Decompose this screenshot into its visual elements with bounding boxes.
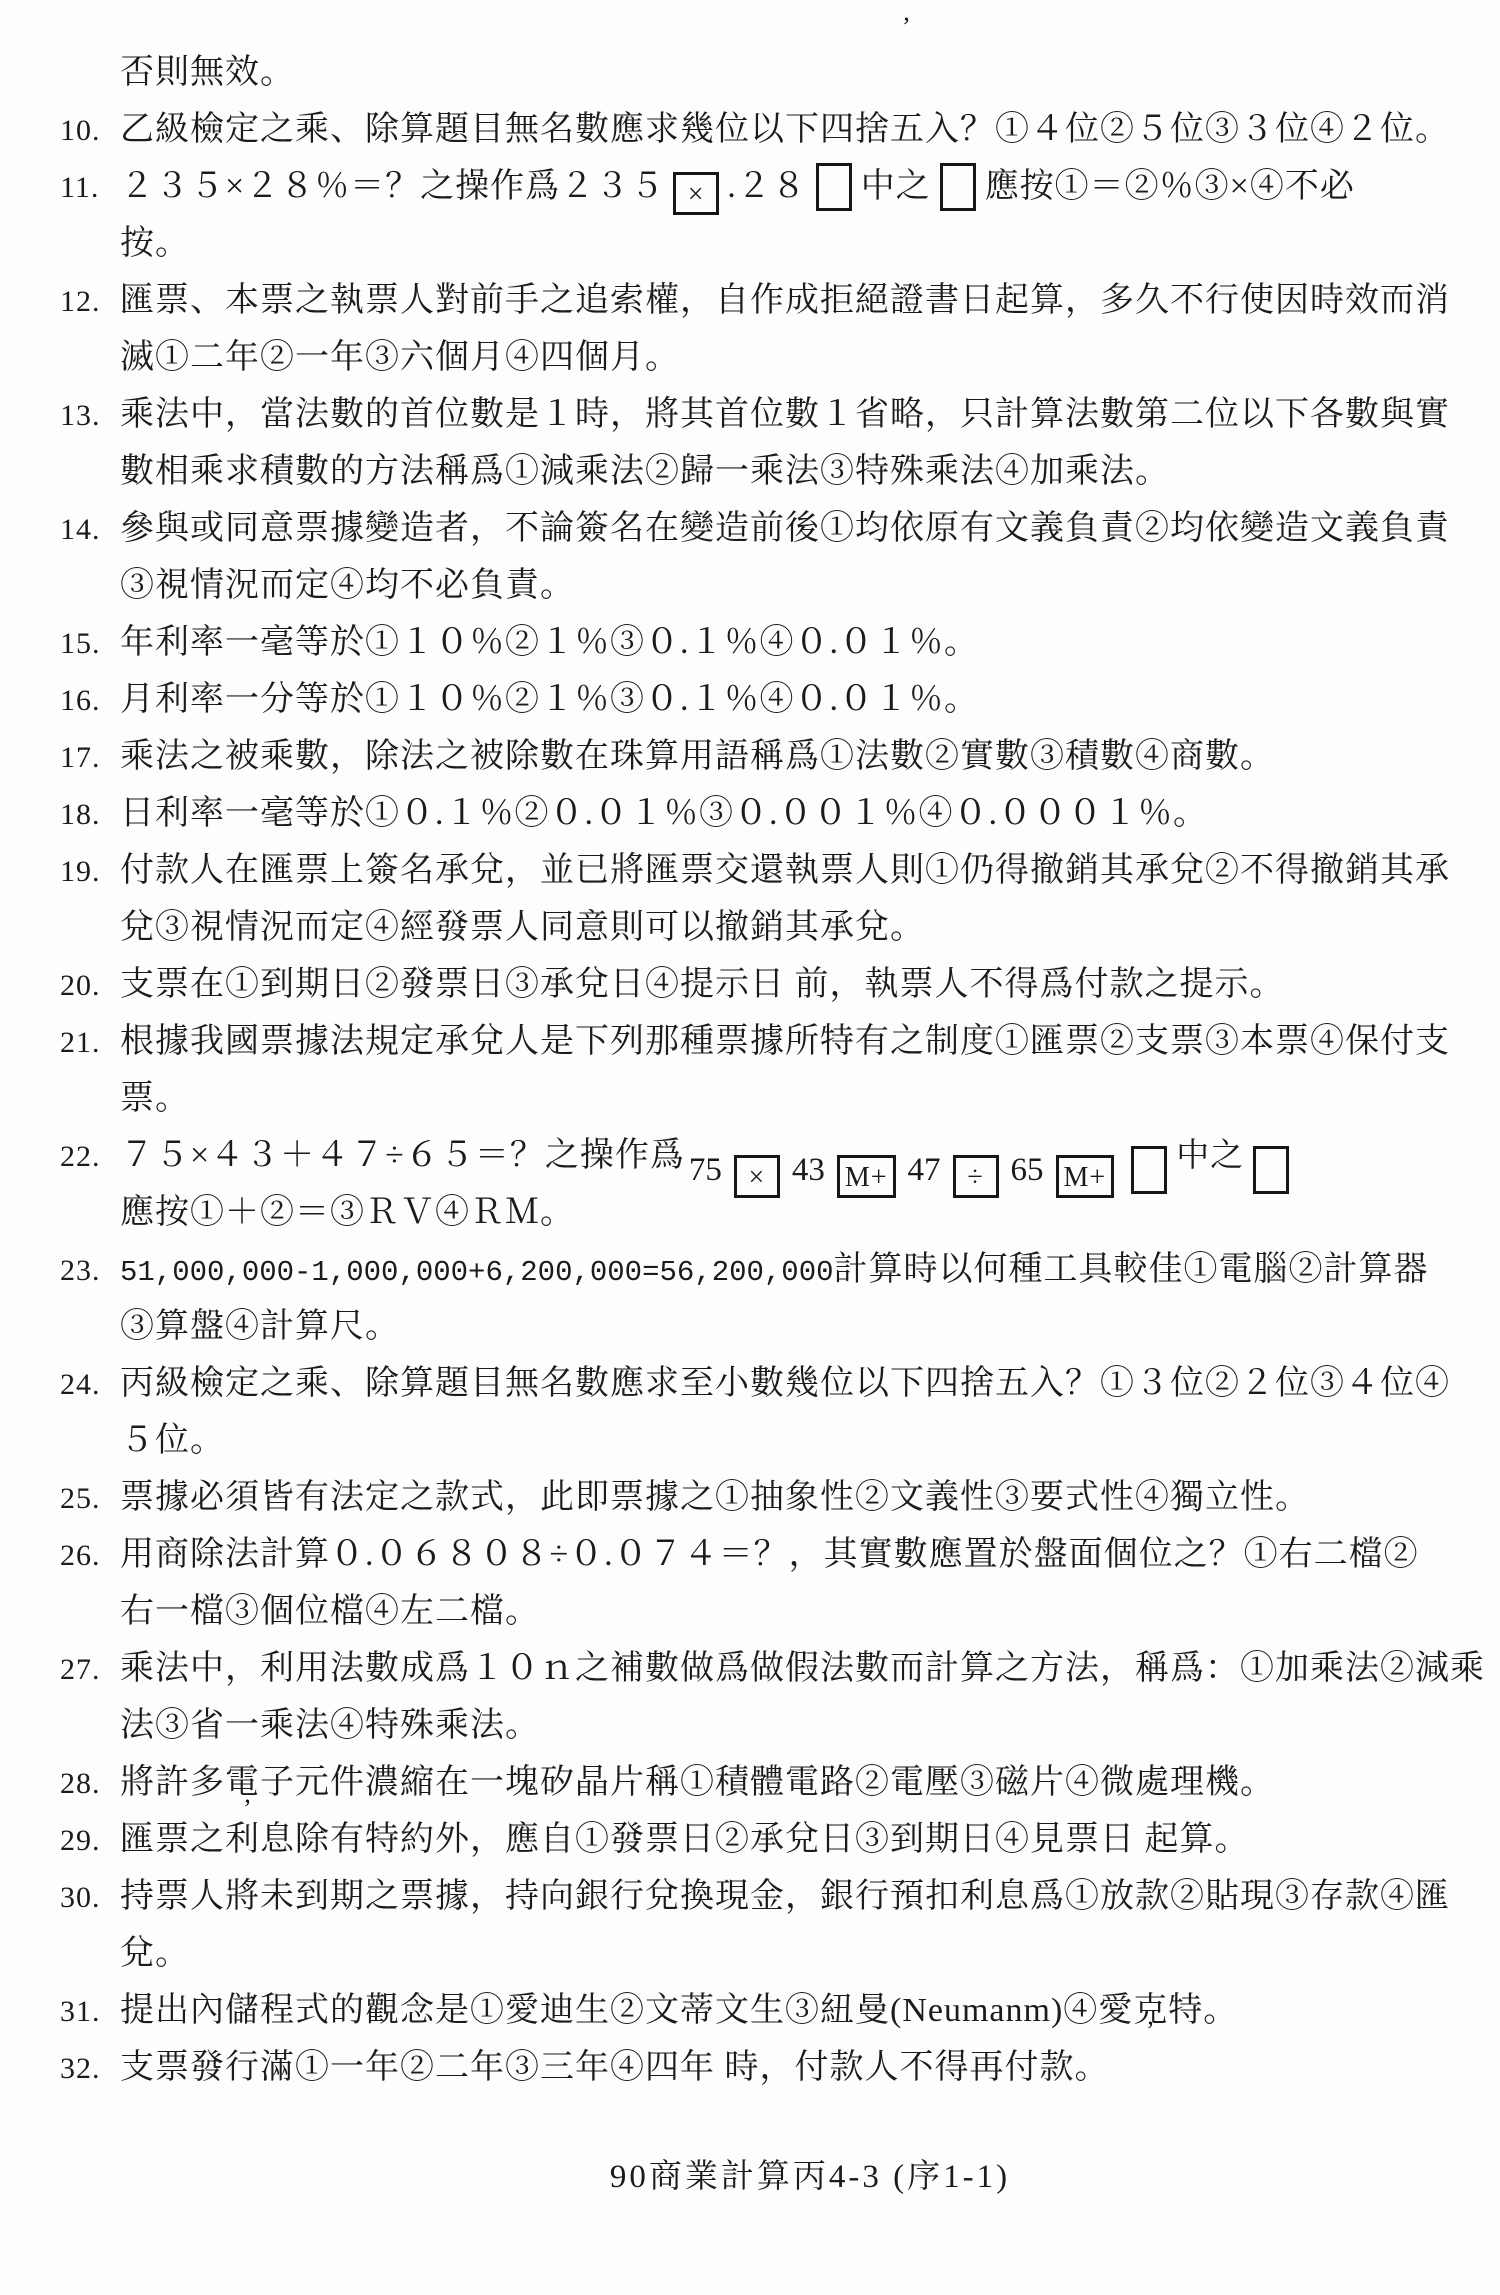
- question-line: 否則無效。: [60, 44, 1480, 101]
- question-line: 31.提出內儲程式的觀念是①愛迪生②文蒂文生③紐曼(Neumanm)④愛克特。: [60, 1982, 1480, 2039]
- question-line: 16.月利率一分等於①１０％②１％③０.１％④０.０１％。: [60, 671, 1480, 728]
- question-text: 法③省一乘法④特殊乘法。: [120, 1697, 1480, 1754]
- question-text: 乘法之被乘數，除法之被除數在珠算用語稱爲①法數②實數③積數④商數。: [120, 728, 1480, 785]
- calculator-key: ×: [673, 172, 719, 215]
- question-text: ③算盤④計算尺。: [120, 1298, 1480, 1355]
- question-text: 用商除法計算０.０６８０８÷０.０７４＝？，其實數應置於盤面個位之？①右二檔②: [120, 1526, 1480, 1583]
- page-footer: 90商業計算丙4-3 (序1-1): [0, 2150, 1500, 2197]
- question-number: 21.: [60, 1014, 120, 1071]
- question-text: 將許多電子元件濃縮在一塊矽晶片稱①積體電路②電壓③磁片④微處理機。: [120, 1754, 1480, 1811]
- question-number: 17.: [60, 729, 120, 786]
- question-line: 14.參與或同意票據變造者，不論簽名在變造前後①均依原有文義負責②均依變造文義負…: [60, 500, 1480, 557]
- question-text: 丙級檢定之乘、除算題目無名數應求至小數幾位以下四捨五入？①３位②２位③４位④: [120, 1355, 1480, 1412]
- question-number: 23.: [60, 1242, 120, 1299]
- question-line: 15.年利率一毫等於①１０％②１％③０.１％④０.０１％。: [60, 614, 1480, 671]
- question-number: 25.: [60, 1470, 120, 1527]
- question-text: 數相乘求積數的方法稱爲①減乘法②歸一乘法③特殊乘法④加乘法。: [120, 443, 1480, 500]
- formula-number: 43: [792, 1152, 825, 1188]
- question-lines: 否則無效。10.乙級檢定之乘、除算題目無名數應求幾位以下四捨五入？①４位②５位③…: [0, 44, 1500, 2096]
- question-line: 滅①二年②一年③六個月④四個月。: [60, 329, 1480, 386]
- question-number: 30.: [60, 1869, 120, 1926]
- question-line: 22.７５×４３＋４７÷６５＝？之操作爲75×43M+47÷65M+中之: [60, 1127, 1480, 1184]
- question-line: 28.將許多電子元件濃縮在一塊矽晶片稱①積體電路②電壓③磁片④微處理機。: [60, 1754, 1480, 1811]
- question-number: 29.: [60, 1812, 120, 1869]
- question-line: 27.乘法中，利用法數成爲１０ｎ之補數做爲做假法數而計算之方法，稱爲：①加乘法②…: [60, 1640, 1480, 1697]
- question-number: 11.: [60, 159, 120, 216]
- question-text-segment: 計算時以何種工具較佳①電腦②計算器: [834, 1251, 1429, 1288]
- question-text-segment: 中之: [1176, 1138, 1244, 1174]
- question-line: 11.２３５×２８％＝？之操作爲２３５×.２８中之應按①＝②％③×④不必: [60, 158, 1480, 215]
- question-text-segment: 應按①＝②％③×④不必: [985, 168, 1355, 205]
- numeric-expression: 51,000,000-1,000,000+6,200,000=56,200,00…: [120, 1256, 834, 1289]
- formula-number: 47: [908, 1152, 941, 1188]
- question-text: 兌③視情況而定④經發票人同意則可以撤銷其承兌。: [120, 899, 1480, 956]
- answer-blank-box: [1253, 1146, 1289, 1194]
- question-line: 票。: [60, 1070, 1480, 1127]
- question-number: 15.: [60, 615, 120, 672]
- question-line: 23.51,000,000-1,000,000+6,200,000=56,200…: [60, 1241, 1480, 1298]
- scan-speck-mark: ’: [243, 1794, 252, 1824]
- question-text: 參與或同意票據變造者，不論簽名在變造前後①均依原有文義負責②均依變造文義負責: [120, 500, 1480, 557]
- question-line: 18.日利率一毫等於①０.１％②０.０１％③０.００１％④０.０００１％。: [60, 785, 1480, 842]
- question-text: 匯票之利息除有特約外，應自①發票日②承兌日③到期日④見票日 起算。: [120, 1811, 1480, 1868]
- question-text: 提出內儲程式的觀念是①愛迪生②文蒂文生③紐曼(Neumanm)④愛克特。: [120, 1982, 1480, 2039]
- question-number: 12.: [60, 273, 120, 330]
- question-text: 兌。: [120, 1925, 1480, 1982]
- question-line: 數相乘求積數的方法稱爲①減乘法②歸一乘法③特殊乘法④加乘法。: [60, 443, 1480, 500]
- question-number: 19.: [60, 843, 120, 900]
- question-line: 32.支票發行滿①一年②二年③三年④四年 時，付款人不得再付款。: [60, 2039, 1480, 2096]
- question-line: 兌③視情況而定④經發票人同意則可以撤銷其承兌。: [60, 899, 1480, 956]
- question-text: 滅①二年②一年③六個月④四個月。: [120, 329, 1480, 386]
- question-number: 28.: [60, 1755, 120, 1812]
- question-number: 32.: [60, 2040, 120, 2097]
- question-text: 匯票、本票之執票人對前手之追索權，自作成拒絕證書日起算，多久不行使因時效而消: [120, 272, 1480, 329]
- question-text: ２３５×２８％＝？之操作爲２３５×.２８中之應按①＝②％③×④不必: [120, 158, 1480, 215]
- answer-blank-box: [1131, 1146, 1167, 1194]
- question-line: 29.匯票之利息除有特約外，應自①發票日②承兌日③到期日④見票日 起算。: [60, 1811, 1480, 1868]
- question-text: 右一檔③個位檔④左二檔。: [120, 1583, 1480, 1640]
- question-line: 19.付款人在匯票上簽名承兌，並已將匯票交還執票人則①仍得撤銷其承兌②不得撤銷其…: [60, 842, 1480, 899]
- question-number: 26.: [60, 1527, 120, 1584]
- question-text: ③視情況而定④均不必負責。: [120, 557, 1480, 614]
- question-line: 按。: [60, 215, 1480, 272]
- question-line: 17.乘法之被乘數，除法之被除數在珠算用語稱爲①法數②實數③積數④商數。: [60, 728, 1480, 785]
- scan-speck-mark: ’: [1146, 2016, 1155, 2046]
- question-text: 乘法中，當法數的首位數是１時，將其首位數１省略，只計算法數第二位以下各數與實: [120, 386, 1480, 443]
- answer-blank-box: [940, 163, 976, 211]
- question-line: 24.丙級檢定之乘、除算題目無名數應求至小數幾位以下四捨五入？①３位②２位③４位…: [60, 1355, 1480, 1412]
- question-line: ③視情況而定④均不必負責。: [60, 557, 1480, 614]
- question-text: 支票在①到期日②發票日③承兌日④提示日 前，執票人不得爲付款之提示。: [120, 956, 1480, 1013]
- question-text-segment: .２８: [727, 168, 807, 205]
- question-line: 右一檔③個位檔④左二檔。: [60, 1583, 1480, 1640]
- scan-speck-mark: ’: [902, 12, 911, 42]
- calculator-key: ×: [734, 1155, 780, 1198]
- question-text: 根據我國票據法規定承兌人是下列那種票據所特有之制度①匯票②支票③本票④保付支: [120, 1013, 1480, 1070]
- question-number: 14.: [60, 501, 120, 558]
- question-text: 持票人將未到期之票據，持向銀行兌換現金，銀行預扣利息爲①放款②貼現③存款④匯: [120, 1868, 1480, 1925]
- question-line: 兌。: [60, 1925, 1480, 1982]
- question-line: 10.乙級檢定之乘、除算題目無名數應求幾位以下四捨五入？①４位②５位③３位④２位…: [60, 101, 1480, 158]
- calculator-key: M+: [1056, 1155, 1115, 1198]
- answer-blank-box: [816, 163, 852, 211]
- question-text-segment: ２３５×２８％＝？之操作爲２３５: [120, 168, 665, 205]
- question-text: 付款人在匯票上簽名承兌，並已將匯票交還執票人則①仍得撤銷其承兌②不得撤銷其承: [120, 842, 1480, 899]
- question-line: 26.用商除法計算０.０６８０８÷０.０７４＝？，其實數應置於盤面個位之？①右二…: [60, 1526, 1480, 1583]
- question-text: 支票發行滿①一年②二年③三年④四年 時，付款人不得再付款。: [120, 2039, 1480, 2096]
- question-text: 乙級檢定之乘、除算題目無名數應求幾位以下四捨五入？①４位②５位③３位④２位。: [120, 101, 1480, 158]
- question-number: 31.: [60, 1983, 120, 2040]
- question-text: 年利率一毫等於①１０％②１％③０.１％④０.０１％。: [120, 614, 1480, 671]
- question-number: 27.: [60, 1641, 120, 1698]
- question-number: 10.: [60, 102, 120, 159]
- question-number: 20.: [60, 957, 120, 1014]
- calculator-key: M+: [837, 1155, 896, 1198]
- formula-number: 65: [1011, 1152, 1044, 1188]
- question-number: 16.: [60, 672, 120, 729]
- formula-number: 75: [689, 1152, 722, 1188]
- question-text: 票。: [120, 1070, 1480, 1127]
- question-number: 24.: [60, 1356, 120, 1413]
- question-text: ７５×４３＋４７÷６５＝？之操作爲75×43M+47÷65M+中之: [120, 1127, 1480, 1185]
- question-text: 否則無效。: [120, 44, 1480, 101]
- question-text: ５位。: [120, 1412, 1480, 1469]
- question-line: 法③省一乘法④特殊乘法。: [60, 1697, 1480, 1754]
- question-line: ③算盤④計算尺。: [60, 1298, 1480, 1355]
- question-line: 12.匯票、本票之執票人對前手之追索權，自作成拒絕證書日起算，多久不行使因時效而…: [60, 272, 1480, 329]
- question-line: 20.支票在①到期日②發票日③承兌日④提示日 前，執票人不得爲付款之提示。: [60, 956, 1480, 1013]
- question-line: 30.持票人將未到期之票據，持向銀行兌換現金，銀行預扣利息爲①放款②貼現③存款④…: [60, 1868, 1480, 1925]
- question-text: 51,000,000-1,000,000+6,200,000=56,200,00…: [120, 1241, 1480, 1301]
- calculator-key: ÷: [953, 1155, 999, 1198]
- question-text-segment: 中之: [861, 168, 931, 205]
- question-number: 13.: [60, 387, 120, 444]
- question-line: 21.根據我國票據法規定承兌人是下列那種票據所特有之制度①匯票②支票③本票④保付…: [60, 1013, 1480, 1070]
- question-text: 日利率一毫等於①０.１％②０.０１％③０.００１％④０.０００１％。: [120, 785, 1480, 842]
- question-number: 18.: [60, 786, 120, 843]
- question-line: 25.票據必須皆有法定之款式，此即票據之①抽象性②文義性③要式性④獨立性。: [60, 1469, 1480, 1526]
- question-text: 月利率一分等於①１０％②１％③０.１％④０.０１％。: [120, 671, 1480, 728]
- question-text-segment: ７５×４３＋４７÷６５＝？之操作爲: [120, 1137, 685, 1174]
- formula-sequence: 75×43M+47÷65M+中之: [685, 1152, 1298, 1188]
- question-text: 乘法中，利用法數成爲１０ｎ之補數做爲做假法數而計算之方法，稱爲：①加乘法②減乘: [120, 1640, 1485, 1697]
- exam-page: ’ ’ ’ 否則無效。10.乙級檢定之乘、除算題目無名數應求幾位以下四捨五入？①…: [0, 0, 1500, 2295]
- question-text: 票據必須皆有法定之款式，此即票據之①抽象性②文義性③要式性④獨立性。: [120, 1469, 1480, 1526]
- question-line: 13.乘法中，當法數的首位數是１時，將其首位數１省略，只計算法數第二位以下各數與…: [60, 386, 1480, 443]
- question-line: ５位。: [60, 1412, 1480, 1469]
- question-number: 22.: [60, 1128, 120, 1185]
- question-text: 按。: [120, 215, 1480, 272]
